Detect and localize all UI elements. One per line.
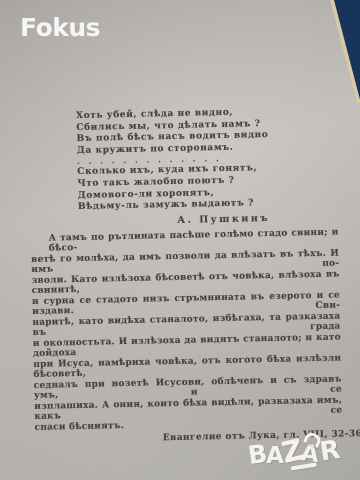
fokus-watermark: Fokus	[20, 13, 100, 42]
page-corner-backdrop	[330, 0, 360, 110]
gospel-epigraph: А тамъ по рътлината пасѣше голѣмо стадо …	[31, 227, 343, 433]
navy-backdrop-triangle	[334, 0, 360, 100]
bazar-watermark: BAZAR	[247, 432, 340, 471]
poem-attribution: А. Пушкинъ	[177, 211, 342, 225]
bazar-letter: R	[318, 435, 342, 468]
printed-text-block: Хоть убей, слѣда не видно, Сбились мы, ч…	[28, 105, 347, 446]
book-page-photo: Fokus Хоть убей, слѣда не видно, Сбились…	[0, 0, 360, 480]
pushkin-poem: Хоть убей, слѣда не видно, Сбились мы, ч…	[76, 105, 342, 213]
